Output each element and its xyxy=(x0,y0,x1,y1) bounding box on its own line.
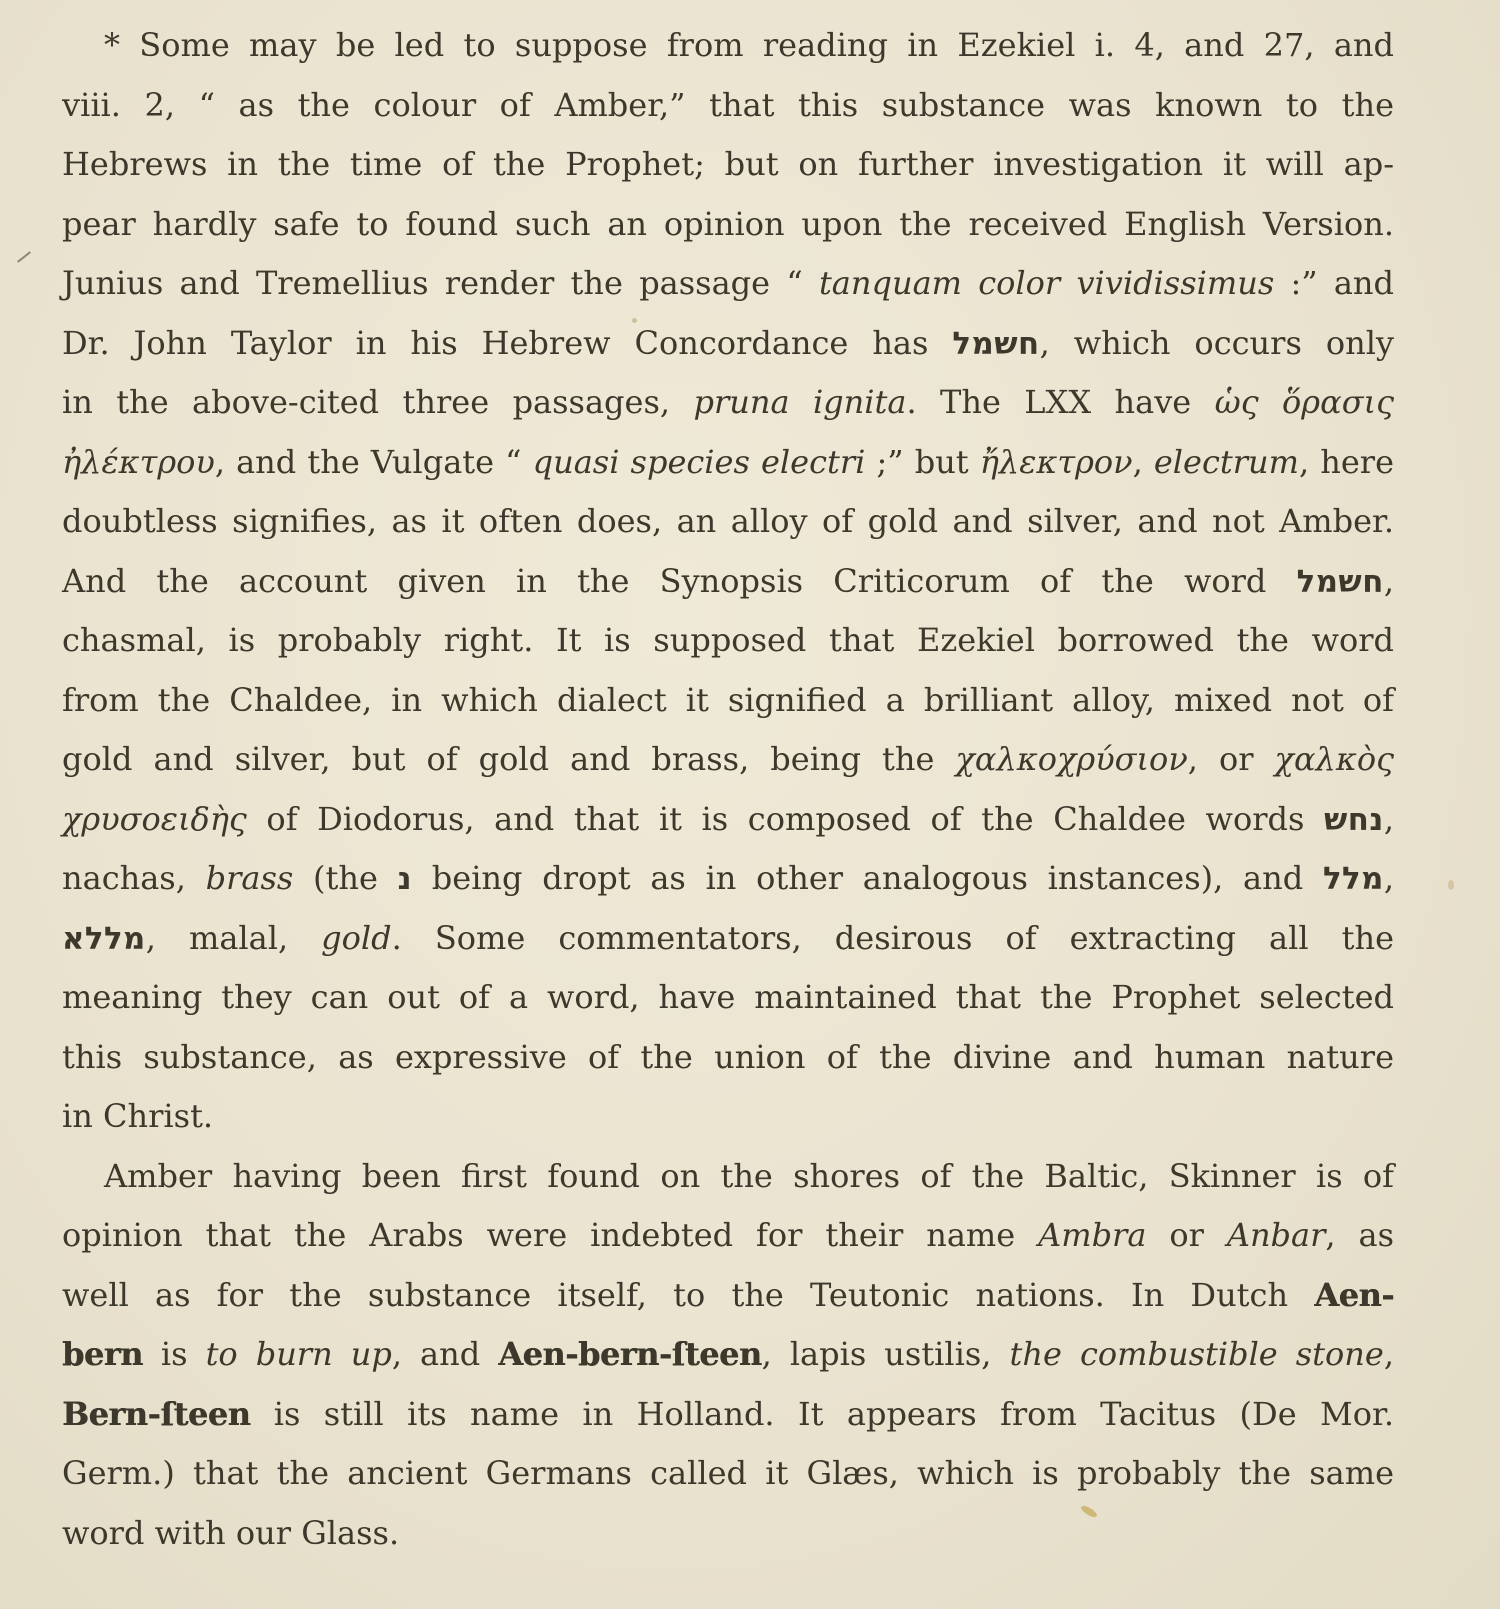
text-run: Germ.) that the ancient Germans called i… xyxy=(62,1454,1394,1492)
greek-word: ὡς ὅρασις xyxy=(1215,383,1394,421)
text-line: nachas, brass (the נ being dropt as in o… xyxy=(62,849,1394,909)
text-run: , malal, xyxy=(146,919,321,957)
text-run: doubtless signifies, as it often does, a… xyxy=(62,502,1394,540)
text-line: doubtless signifies, as it often does, a… xyxy=(62,492,1394,552)
blackletter-word: bern xyxy=(62,1335,143,1373)
text-run: viii. 2, “ as the colour of Amber,” that… xyxy=(62,86,1394,124)
text-run: Amber having been first found on the sho… xyxy=(104,1157,1394,1195)
text-line: And the account given in the Synopsis Cr… xyxy=(62,552,1394,612)
text-line: in Christ. xyxy=(62,1087,1394,1147)
text-line: well as for the substance itself, to the… xyxy=(62,1266,1394,1326)
text-run: , xyxy=(1384,562,1394,600)
hebrew-word: נ xyxy=(398,861,412,897)
text-run: , xyxy=(1384,859,1394,897)
text-run: this substance, as expressive of the uni… xyxy=(62,1038,1394,1076)
text-line: chasmal, is probably right. It is suppos… xyxy=(62,611,1394,671)
text-run: nachas, xyxy=(62,859,206,897)
text-line: ἠλέκτρου, and the Vulgate “ quasi specie… xyxy=(62,433,1394,493)
paper-fleck xyxy=(1448,880,1454,890)
text-run: . Some commentators, desirous of extract… xyxy=(392,919,1394,957)
italic-text-run: gold xyxy=(321,919,391,957)
text-run: , xyxy=(1384,800,1394,838)
text-line: Germ.) that the ancient Germans called i… xyxy=(62,1444,1394,1504)
text-run: meaning they can out of a word, have mai… xyxy=(62,978,1394,1016)
text-run: , lapis ustilis, xyxy=(762,1335,1010,1373)
text-run: well as for the substance itself, to the… xyxy=(62,1276,1314,1314)
text-line: * Some may be led to suppose from readin… xyxy=(62,16,1394,76)
scanned-page: * Some may be led to suppose from readin… xyxy=(0,0,1500,1609)
text-line: מללא, malal, gold. Some commentators, de… xyxy=(62,909,1394,969)
blackletter-word: Aen- xyxy=(1314,1276,1394,1314)
margin-stray-mark xyxy=(17,251,31,262)
text-run: gold and silver, but of gold and brass, … xyxy=(62,740,955,778)
text-run: ;” but xyxy=(865,443,979,481)
text-run: Junius and Tremellius render the passage… xyxy=(62,264,819,302)
text-line: Bern-ſteen is still its name in Holland.… xyxy=(62,1385,1394,1445)
hebrew-word: מלל xyxy=(1323,861,1384,897)
text-run: or xyxy=(1146,1216,1226,1254)
greek-word: χαλκὸς xyxy=(1275,740,1394,778)
text-block: * Some may be led to suppose from readin… xyxy=(62,16,1394,1563)
text-run: , xyxy=(1384,1335,1394,1373)
text-run: chasmal, is probably right. It is suppos… xyxy=(62,621,1394,659)
text-line: meaning they can out of a word, have mai… xyxy=(62,968,1394,1028)
blackletter-word: Bern-ſteen xyxy=(62,1395,250,1433)
text-run: pear hardly safe to found such an opinio… xyxy=(62,205,1394,243)
text-run: , xyxy=(1133,443,1154,481)
hebrew-word: חשמל xyxy=(952,326,1039,362)
italic-text-run: quasi species electri xyxy=(533,443,866,481)
text-run: is xyxy=(143,1335,206,1373)
text-run: is still its name in Holland. It appears… xyxy=(250,1395,1394,1433)
text-run: opinion that the Arabs were indebted for… xyxy=(62,1216,1038,1254)
text-line: word with our Glass. xyxy=(62,1504,1394,1564)
text-line: viii. 2, “ as the colour of Amber,” that… xyxy=(62,76,1394,136)
text-line: opinion that the Arabs were indebted for… xyxy=(62,1206,1394,1266)
text-run: , as xyxy=(1325,1216,1394,1254)
text-run: And the account given in the Synopsis Cr… xyxy=(62,562,1297,600)
italic-text-run: Ambra xyxy=(1038,1216,1146,1254)
italic-text-run: electrum xyxy=(1154,443,1299,481)
text-run: , or xyxy=(1188,740,1275,778)
text-run: Hebrews in the time of the Prophet; but … xyxy=(62,145,1394,183)
greek-word: ἤλεκτρον xyxy=(980,443,1133,481)
text-run: , here xyxy=(1299,443,1394,481)
text-run: . The LXX have xyxy=(906,383,1214,421)
text-line: Amber having been first found on the sho… xyxy=(62,1147,1394,1207)
hebrew-word: חשמל xyxy=(1297,564,1384,600)
italic-text-run: to burn up xyxy=(206,1335,392,1373)
text-line: χρυσοειδὴς of Diodorus, and that it is c… xyxy=(62,790,1394,850)
text-line: bern is to burn up, and Aen-bern-ſteen, … xyxy=(62,1325,1394,1385)
text-line: Dr. John Taylor in his Hebrew Concordanc… xyxy=(62,314,1394,374)
italic-text-run: tanquam color vividissimus xyxy=(819,264,1274,302)
text-run: (the xyxy=(293,859,397,897)
text-line: Junius and Tremellius render the passage… xyxy=(62,254,1394,314)
greek-word: ἠλέκτρου xyxy=(62,443,215,481)
text-line: this substance, as expressive of the uni… xyxy=(62,1028,1394,1088)
text-run: :” and xyxy=(1274,264,1394,302)
text-line: in the above-cited three passages, pruna… xyxy=(62,373,1394,433)
text-line: pear hardly safe to found such an opinio… xyxy=(62,195,1394,255)
text-run: , and xyxy=(392,1335,498,1373)
italic-text-run: pruna ignita xyxy=(693,383,906,421)
italic-text-run: Anbar xyxy=(1227,1216,1326,1254)
text-run: in Christ. xyxy=(62,1097,213,1135)
text-run: being dropt as in other analogous instan… xyxy=(412,859,1323,897)
text-run: * Some may be led to suppose from readin… xyxy=(104,26,1394,64)
hebrew-word: מללא xyxy=(62,921,146,957)
text-line: Hebrews in the time of the Prophet; but … xyxy=(62,135,1394,195)
blackletter-word: Aen-bern-ſteen xyxy=(498,1335,761,1373)
italic-text-run: the combustible stone xyxy=(1010,1335,1384,1373)
greek-word: χρυσοειδὴς xyxy=(62,800,247,838)
text-run: , which occurs only xyxy=(1040,324,1394,362)
text-run: word with our Glass. xyxy=(62,1514,399,1552)
italic-text-run: brass xyxy=(206,859,294,897)
text-run: from the Chaldee, in which dialect it si… xyxy=(62,681,1394,719)
hebrew-word: נחש xyxy=(1324,802,1384,838)
text-line: from the Chaldee, in which dialect it si… xyxy=(62,671,1394,731)
text-line: gold and silver, but of gold and brass, … xyxy=(62,730,1394,790)
greek-word: χαλκοχρύσιον xyxy=(955,740,1187,778)
text-run: in the above-cited three passages, xyxy=(62,383,693,421)
text-run: , and the Vulgate “ xyxy=(215,443,533,481)
text-run: Dr. John Taylor in his Hebrew Concordanc… xyxy=(62,324,952,362)
text-run: of Diodorus, and that it is composed of … xyxy=(247,800,1324,838)
